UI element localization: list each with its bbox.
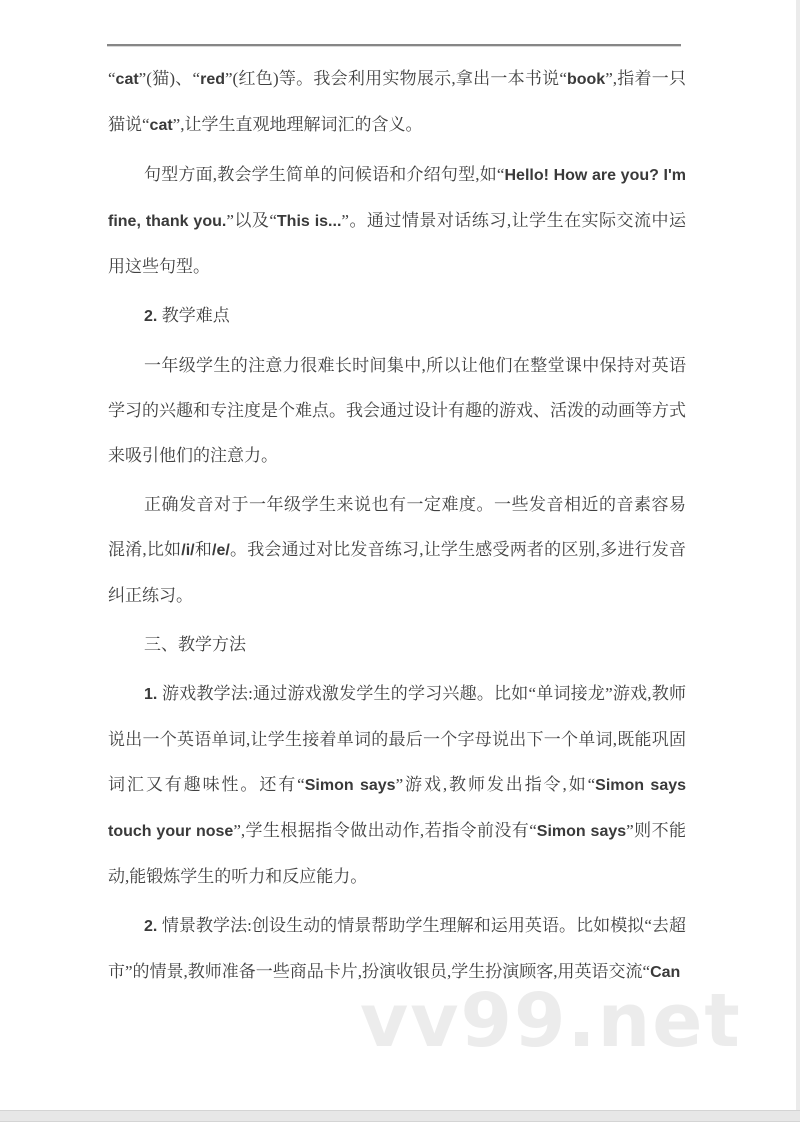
paragraph: “cat”(猫)、“red”(红色)等。我会利用实物展示,拿出一本书说“book… xyxy=(108,56,686,148)
section-heading: 2. 教学难点 xyxy=(108,293,686,339)
latin-text: /i/ xyxy=(181,542,194,559)
paragraph: 正确发音对于一年级学生来说也有一定难度。一些发音相近的音素容易混淆,比如/i/和… xyxy=(108,482,686,618)
document-body: “cat”(猫)、“red”(红色)等。我会利用实物展示,拿出一本书说“book… xyxy=(108,56,686,995)
latin-text: This is... xyxy=(277,213,342,230)
latin-text: 2. xyxy=(144,918,162,935)
latin-text: 1. xyxy=(144,686,162,703)
horizontal-rule xyxy=(107,44,681,47)
section-heading: 三、教学方法 xyxy=(108,622,686,667)
page-separator xyxy=(0,1110,800,1122)
paragraph: 一年级学生的注意力很难长时间集中,所以让他们在整堂课中保持对英语学习的兴趣和专注… xyxy=(108,343,686,478)
latin-text: Hello! How are you? I'm fine, thank you. xyxy=(108,167,686,230)
latin-text: book xyxy=(567,71,605,88)
next-page xyxy=(0,1122,800,1137)
latin-text: cat xyxy=(116,71,139,88)
latin-text: 2. xyxy=(144,308,162,325)
page-edge-shadow xyxy=(796,0,800,1110)
latin-text: Simon says xyxy=(537,823,626,840)
latin-text: /e/ xyxy=(212,542,230,559)
paragraph: 1. 游戏教学法:通过游戏激发学生的学习兴趣。比如“单词接龙”游戏,教师说出一个… xyxy=(108,671,686,899)
paragraph: 句型方面,教会学生简单的问候语和介绍句型,如“Hello! How are yo… xyxy=(108,152,686,289)
latin-text: cat xyxy=(150,117,173,134)
document-page: “cat”(猫)、“red”(红色)等。我会利用实物展示,拿出一本书说“book… xyxy=(0,0,800,1110)
watermark: vv99.net xyxy=(360,984,742,1058)
latin-text: red xyxy=(200,71,225,88)
latin-text: Simon says xyxy=(305,777,396,794)
